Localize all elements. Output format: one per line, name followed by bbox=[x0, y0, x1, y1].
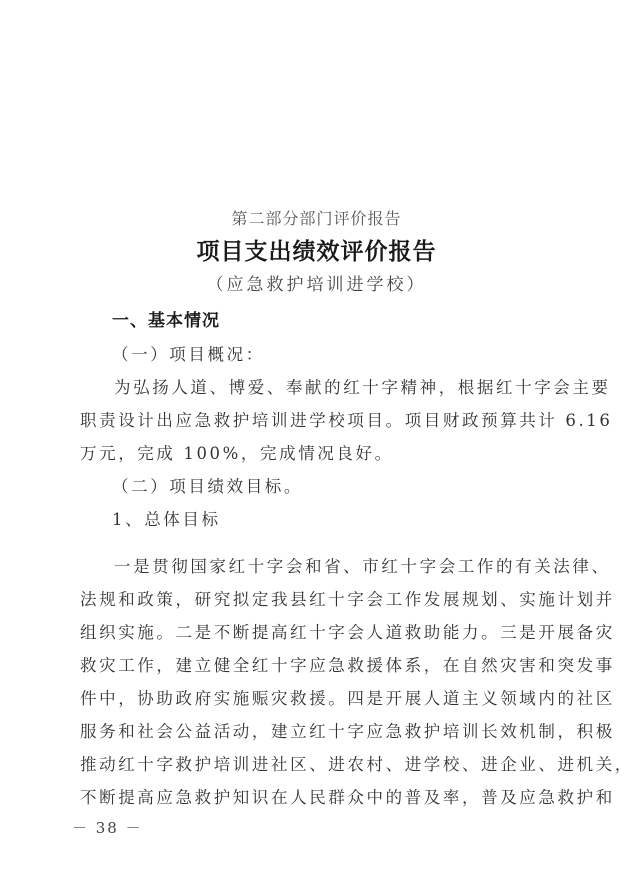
paragraph-1-line-1: 为弘扬人道、博爱、奉献的红十字精神，根据红十字会主要 bbox=[114, 374, 611, 398]
part-title: 第二部分部门评价报告 bbox=[0, 206, 633, 229]
paragraph-2-line-3: 组织实施。二是不断提高红十字会人道救助能力。三是开展备灾 bbox=[80, 619, 615, 643]
paragraph-2-line-2: 法规和政策，研究拟定我县红十字会工作发展规划、实施计划并 bbox=[80, 586, 615, 610]
item-heading-overall-goal: 1、总体目标 bbox=[112, 506, 221, 530]
paragraph-2-line-4: 救灾工作，建立健全红十字应急救援体系，在自然灾害和突发事 bbox=[80, 652, 615, 676]
subsection-heading-performance-goals: （二）项目绩效目标。 bbox=[112, 473, 303, 497]
paragraph-1-line-2: 职责设计出应急救护培训进学校项目。项目财政预算共计 6.16 bbox=[80, 407, 612, 431]
section-heading-basic-info: 一、基本情况 bbox=[112, 306, 220, 331]
document-page: 第二部分部门评价报告 项目支出绩效评价报告 （应急救护培训进学校） 一、基本情况… bbox=[0, 0, 633, 895]
page-number: － 38 － bbox=[72, 817, 143, 838]
paragraph-2-line-8: 不断提高应急救护知识在人民群众中的普及率，普及应急救护和 bbox=[80, 784, 615, 808]
paragraph-2-line-7: 推动红十字救护培训进社区、进农村、进学校、进企业、进机关， bbox=[80, 751, 633, 775]
paragraph-2-line-6: 服务和社会公益活动，建立红十字应急救护培训长效机制，积极 bbox=[80, 718, 615, 742]
report-subtitle: （应急救护培训进学校） bbox=[0, 270, 633, 295]
paragraph-2-line-5: 件中，协助政府实施赈灾救援。四是开展人道主义领域内的社区 bbox=[80, 685, 615, 709]
report-title: 项目支出绩效评价报告 bbox=[0, 233, 633, 266]
subsection-heading-project-overview: （一）项目概况： bbox=[112, 341, 265, 365]
paragraph-1-line-3: 万元，完成 100%，完成情况良好。 bbox=[80, 440, 394, 464]
paragraph-2-line-1: 一是贯彻国家红十字会和省、市红十字会工作的有关法律、 bbox=[114, 553, 611, 577]
